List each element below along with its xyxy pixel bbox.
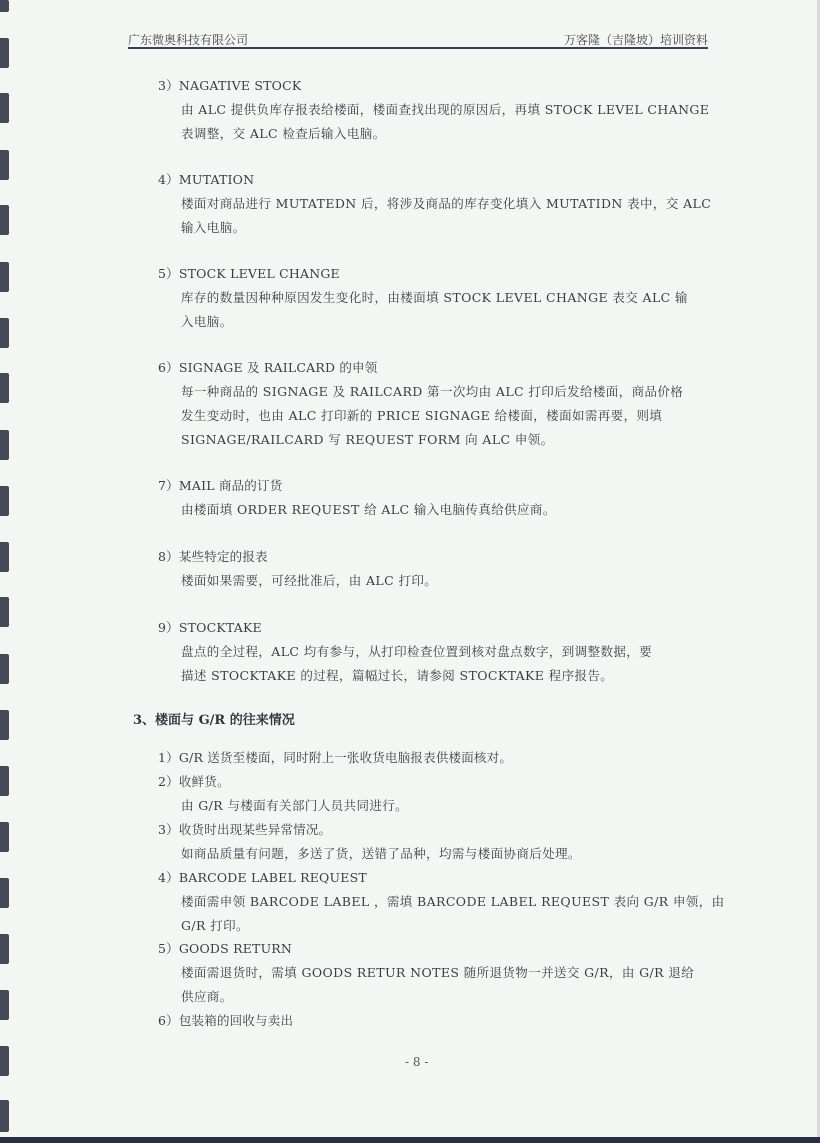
binding-hole	[0, 934, 9, 964]
item-title: 6）包装箱的回收与卖出	[158, 1011, 293, 1029]
item-body-line: 如商品质量有问题，多送了货，送错了品种，均需与楼面协商后处理。	[181, 844, 581, 862]
binding-hole	[0, 262, 9, 292]
item-body-line: 供应商。	[181, 987, 233, 1005]
item-title: 6）SIGNAGE 及 RAILCARD 的申领	[158, 358, 377, 376]
item-body-line: 盘点的全过程，ALC 均有参与，从打印检查位置到核对盘点数字，到调整数据，要	[181, 642, 652, 660]
item-body-line: 楼面需申领 BARCODE LABEL ，需填 BARCODE LABEL RE…	[181, 892, 725, 910]
binding-hole	[0, 1046, 9, 1076]
item-body-line: 发生变动时，也由 ALC 打印新的 PRICE SIGNAGE 给楼面，楼面如需…	[181, 406, 662, 424]
binding-hole	[0, 38, 9, 68]
item-body-line: G/R 打印。	[181, 916, 249, 934]
binding-hole	[0, 822, 9, 852]
document-page: 广东微奥科技有限公司 万客隆（吉隆坡）培训资料 3）NAGATIVE STOCK…	[0, 0, 820, 1143]
item-body-line: 输入电脑。	[181, 218, 246, 236]
binding-hole	[0, 373, 9, 403]
item-body-line: 库存的数量因种种原因发生变化时，由楼面填 STOCK LEVEL CHANGE …	[181, 288, 688, 306]
header-rule	[128, 47, 708, 49]
binding-hole	[0, 766, 9, 796]
item-body-line: 每一种商品的 SIGNAGE 及 RAILCARD 第一次均由 ALC 打印后发…	[181, 382, 683, 400]
scan-bottom-edge	[0, 1137, 820, 1143]
document-title: 万客隆（吉隆坡）培训资料	[564, 31, 708, 48]
binding-hole	[0, 878, 9, 908]
page-number: - 8 -	[405, 1055, 428, 1069]
running-header: 广东微奥科技有限公司 万客隆（吉隆坡）培训资料	[128, 28, 708, 48]
item-body-line: 入电脑。	[181, 312, 233, 330]
company-name: 广东微奥科技有限公司	[128, 31, 248, 48]
item-body-line: 由 G/R 与楼面有关部门人员共同进行。	[181, 796, 408, 814]
item-body-line: 楼面对商品进行 MUTATEDN 后，将涉及商品的库存变化填入 MUTATIDN…	[181, 194, 711, 212]
section-heading: 3、楼面与 G/R 的往来情况	[133, 709, 295, 728]
binding-hole	[0, 205, 9, 235]
binding-hole	[0, 1100, 9, 1132]
binding-hole	[0, 990, 9, 1020]
binding-hole	[0, 486, 9, 516]
item-title: 9）STOCKTAKE	[158, 618, 262, 636]
binding-hole	[0, 150, 9, 180]
item-body-line: 描述 STOCKTAKE 的过程，篇幅过长，请参阅 STOCKTAKE 程序报告…	[181, 666, 613, 684]
item-body-line: 楼面需退货时，需填 GOODS RETUR NOTES 随所退货物一并送交 G/…	[181, 963, 694, 981]
item-title: 4）BARCODE LABEL REQUEST	[158, 868, 367, 886]
item-title: 7）MAIL 商品的订货	[158, 476, 282, 494]
item-title: 3）NAGATIVE STOCK	[158, 76, 301, 94]
binding-hole	[0, 654, 9, 684]
item-body-line: SIGNAGE/RAILCARD 写 REQUEST FORM 向 ALC 申领…	[181, 430, 554, 448]
binding-hole	[0, 542, 9, 572]
binding-hole	[0, 430, 9, 460]
item-title: 8）某些特定的报表	[158, 547, 268, 565]
item-title: 5）STOCK LEVEL CHANGE	[158, 264, 340, 282]
item-body-line: 由 ALC 提供负库存报表给楼面，楼面查找出现的原因后，再填 STOCK LEV…	[181, 100, 709, 118]
item-title: 3）收货时出现某些异常情况。	[158, 820, 331, 838]
item-body-line: 由楼面填 ORDER REQUEST 给 ALC 输入电脑传真给供应商。	[181, 500, 556, 518]
binding-hole	[0, 318, 9, 348]
item-title: 5）GOODS RETURN	[158, 939, 292, 957]
binding-hole	[0, 597, 9, 627]
item-body-line: 楼面如果需要，可经批准后，由 ALC 打印。	[181, 571, 437, 589]
binding-hole	[0, 710, 9, 740]
binding-hole	[0, 93, 9, 123]
item-title: 1）G/R 送货至楼面，同时附上一张收货电脑报表供楼面核对。	[158, 748, 512, 766]
item-body-line: 表调整，交 ALC 检查后输入电脑。	[181, 124, 386, 142]
binding-hole	[0, 0, 9, 12]
item-title: 4）MUTATION	[158, 170, 254, 188]
item-title: 2）收鲜货。	[158, 772, 230, 790]
